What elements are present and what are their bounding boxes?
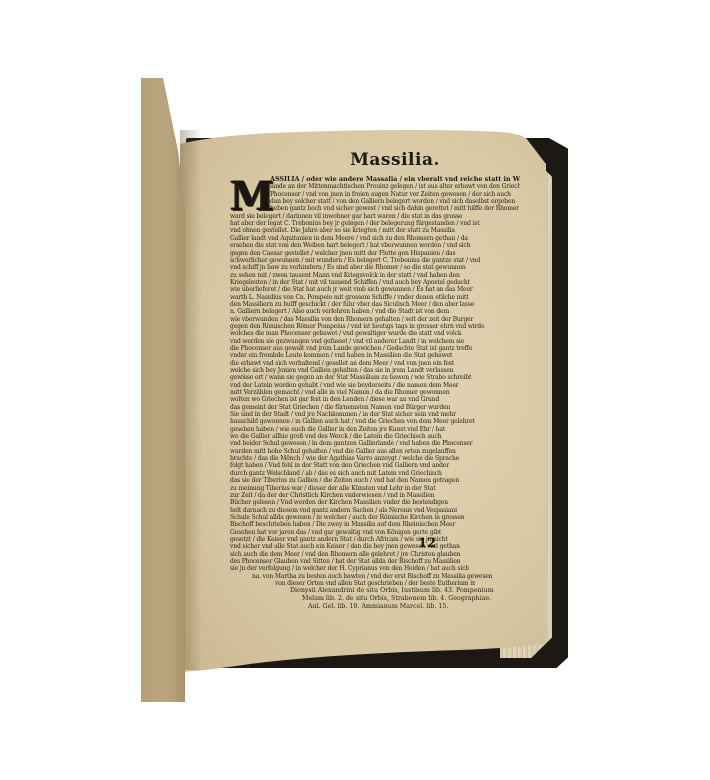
body-line: vnd beider Schul gewesen / in dem gantze… [230, 440, 520, 447]
body-line: Sie sind in der Stadt / vnd jre Nachkomm… [230, 411, 520, 418]
book-photo: Massilia. M ASSILIA / oder wie andere Ma… [0, 0, 710, 780]
body-line: Gallier landt vnd Aquitanien in dem Meer… [230, 235, 520, 242]
body-line: wurden mitt hohe Schul gehalten / vnd di… [230, 448, 520, 455]
body-line: mitt Verzählen gemacht / vnd alle in vie… [230, 389, 520, 396]
body-line: folgt haben / Vnd fehl in der Statt von … [230, 462, 520, 469]
body-line: die Phocenser aus gewalt vnd jrem Lande … [230, 345, 520, 352]
body-line: wo die Gallier allhie groß vnd des Werck… [230, 433, 520, 440]
body-line: zur Zeit / da der der Christlich Kirchen… [230, 492, 520, 499]
body-line: dan bey solcher statt / von den Galliern… [270, 198, 520, 205]
body-line: vnd ohnen gestellet. Die Jahre aber so s… [230, 227, 520, 234]
body-line: wie uberlieferet / die Stat hat auch jr … [230, 286, 520, 293]
page-title: Massilia. [270, 150, 520, 170]
decorated-initial: M [230, 178, 266, 216]
body-line: schwerlicher gewunnen / mit wundern / Es… [230, 257, 520, 264]
body-line: den Massiliern zu hulff geschickt / der … [230, 301, 520, 308]
body-line: Bücher gelesen / Vnd werden der Kirchen … [230, 499, 520, 506]
body-line: Bischoff beschrieben haben / Die zwey in… [230, 521, 520, 528]
body-line: gegen den Caesar gestellet / welcher jne… [230, 250, 520, 257]
body-line: gesehen haben / wie auch die Gallier in … [230, 426, 520, 433]
body-line: das sie der Tiberius zu Gallien / die Ze… [230, 477, 520, 484]
body-line: sich auch die dem Meer / vnd den Rhomern… [230, 551, 520, 558]
body-line: Schule Schul allda gewesen / in welcher … [230, 514, 520, 521]
body-line: durch gantz Welschland / ab / das es sic… [230, 470, 520, 477]
body-line: Gesehen hat vor jaren das / vnd gar gewa… [230, 529, 520, 536]
body-line: des Phocenser Glauben vnd Sitten / hat d… [230, 558, 520, 565]
footnote: Melam lib. 2. de situ Orbis, Strabonem l… [302, 595, 520, 603]
body-line: die erbawt vnd sich verhaltend / geselle… [230, 360, 520, 367]
body-line: warth L. Nasidius von Cn. Pompeio mit gr… [230, 294, 520, 301]
page-text-block: Massilia. M ASSILIA / oder wie andere Ma… [230, 150, 520, 611]
body-line: lande an der Mittenmachtischen Prouinz g… [270, 183, 520, 190]
body-line: heben gantz hoch vnd sicher gewest / vnd… [270, 205, 520, 212]
book-front-cover [141, 78, 185, 702]
body-line: gesetzt / die Keiser vnd gantz andern St… [230, 536, 520, 543]
body-line: hauschild gewonnen / in Gallien auch hat… [230, 418, 520, 425]
body-line: gewisse ort / wann sie gegen an der Stat… [230, 374, 520, 381]
body-line: brachte / das die Mönch / wie der Agathi… [230, 455, 520, 462]
body-lines: lande an der Mittenmachtischen Prouinz g… [230, 183, 520, 565]
body-line: Phocenser / vnd von jnen in freien augen… [270, 191, 520, 198]
body-line: das gemeint der Stat Griechen / die fürn… [230, 404, 520, 411]
body-line: gegen den Römischen Römer Pompeius / vnd… [230, 323, 520, 330]
body-line: ersehen die stat von den Weiben hart bel… [230, 242, 520, 249]
body-line: vnder ein frembde Leute kommen / vnd hab… [230, 352, 520, 359]
body-line: vnd schiff jn baw zu verhindern / Es sin… [230, 264, 520, 271]
body-line: welche sich bey Jonien vnd Gallien gehal… [230, 367, 520, 374]
body-line: wie vberwunden / das Massilia von den Rh… [230, 316, 520, 323]
body-line: zu meinung Tiberius war / dieser der all… [230, 485, 520, 492]
taper-line: von dieser Orten vnd allen Stat geschrie… [275, 580, 475, 587]
taper-line: na. von Martha zu besten auch bawten / v… [252, 573, 492, 580]
body-line: wolches die man Phocenser gebawet / vnd … [230, 330, 520, 337]
body-line: wolten wo Griechen ist gar fest in den L… [230, 396, 520, 403]
body-line: vnd sicher vnd alle Stat auch ein Keiser… [230, 543, 520, 550]
body-line: n. Galliern belagert / Also auch verlohr… [230, 308, 520, 315]
body-text: M ASSILIA / oder wie andere Massalia / e… [230, 176, 520, 611]
taper-line: sie jn der verfolgung / in welcher der H… [230, 565, 510, 572]
body-line: helt darnach zu diesem vnd gantz andern … [230, 507, 520, 514]
footnote: Dionysii Alexandrini de situ Orbis, Iust… [290, 587, 520, 595]
body-line: vnd werden sie gezwungen vnd gefasset / … [230, 338, 520, 345]
body-line: vnd der Latein worden gehabt / vnd wie s… [230, 382, 520, 389]
page-number: 12 [418, 536, 436, 551]
footnote: Aul. Gel. lib. 10. Ammianum Marcel. lib.… [308, 603, 520, 611]
body-line: zu sehen mit / zwen tausent Mann vnd Kri… [230, 272, 520, 279]
first-line: ASSILIA / oder wie andere Massalia / ein… [270, 176, 520, 183]
body-line: hat aber der legat C. Trebonius bey jr g… [230, 220, 520, 227]
body-line: Kriegsleuten / in der Stat / mit vil tau… [230, 279, 520, 286]
